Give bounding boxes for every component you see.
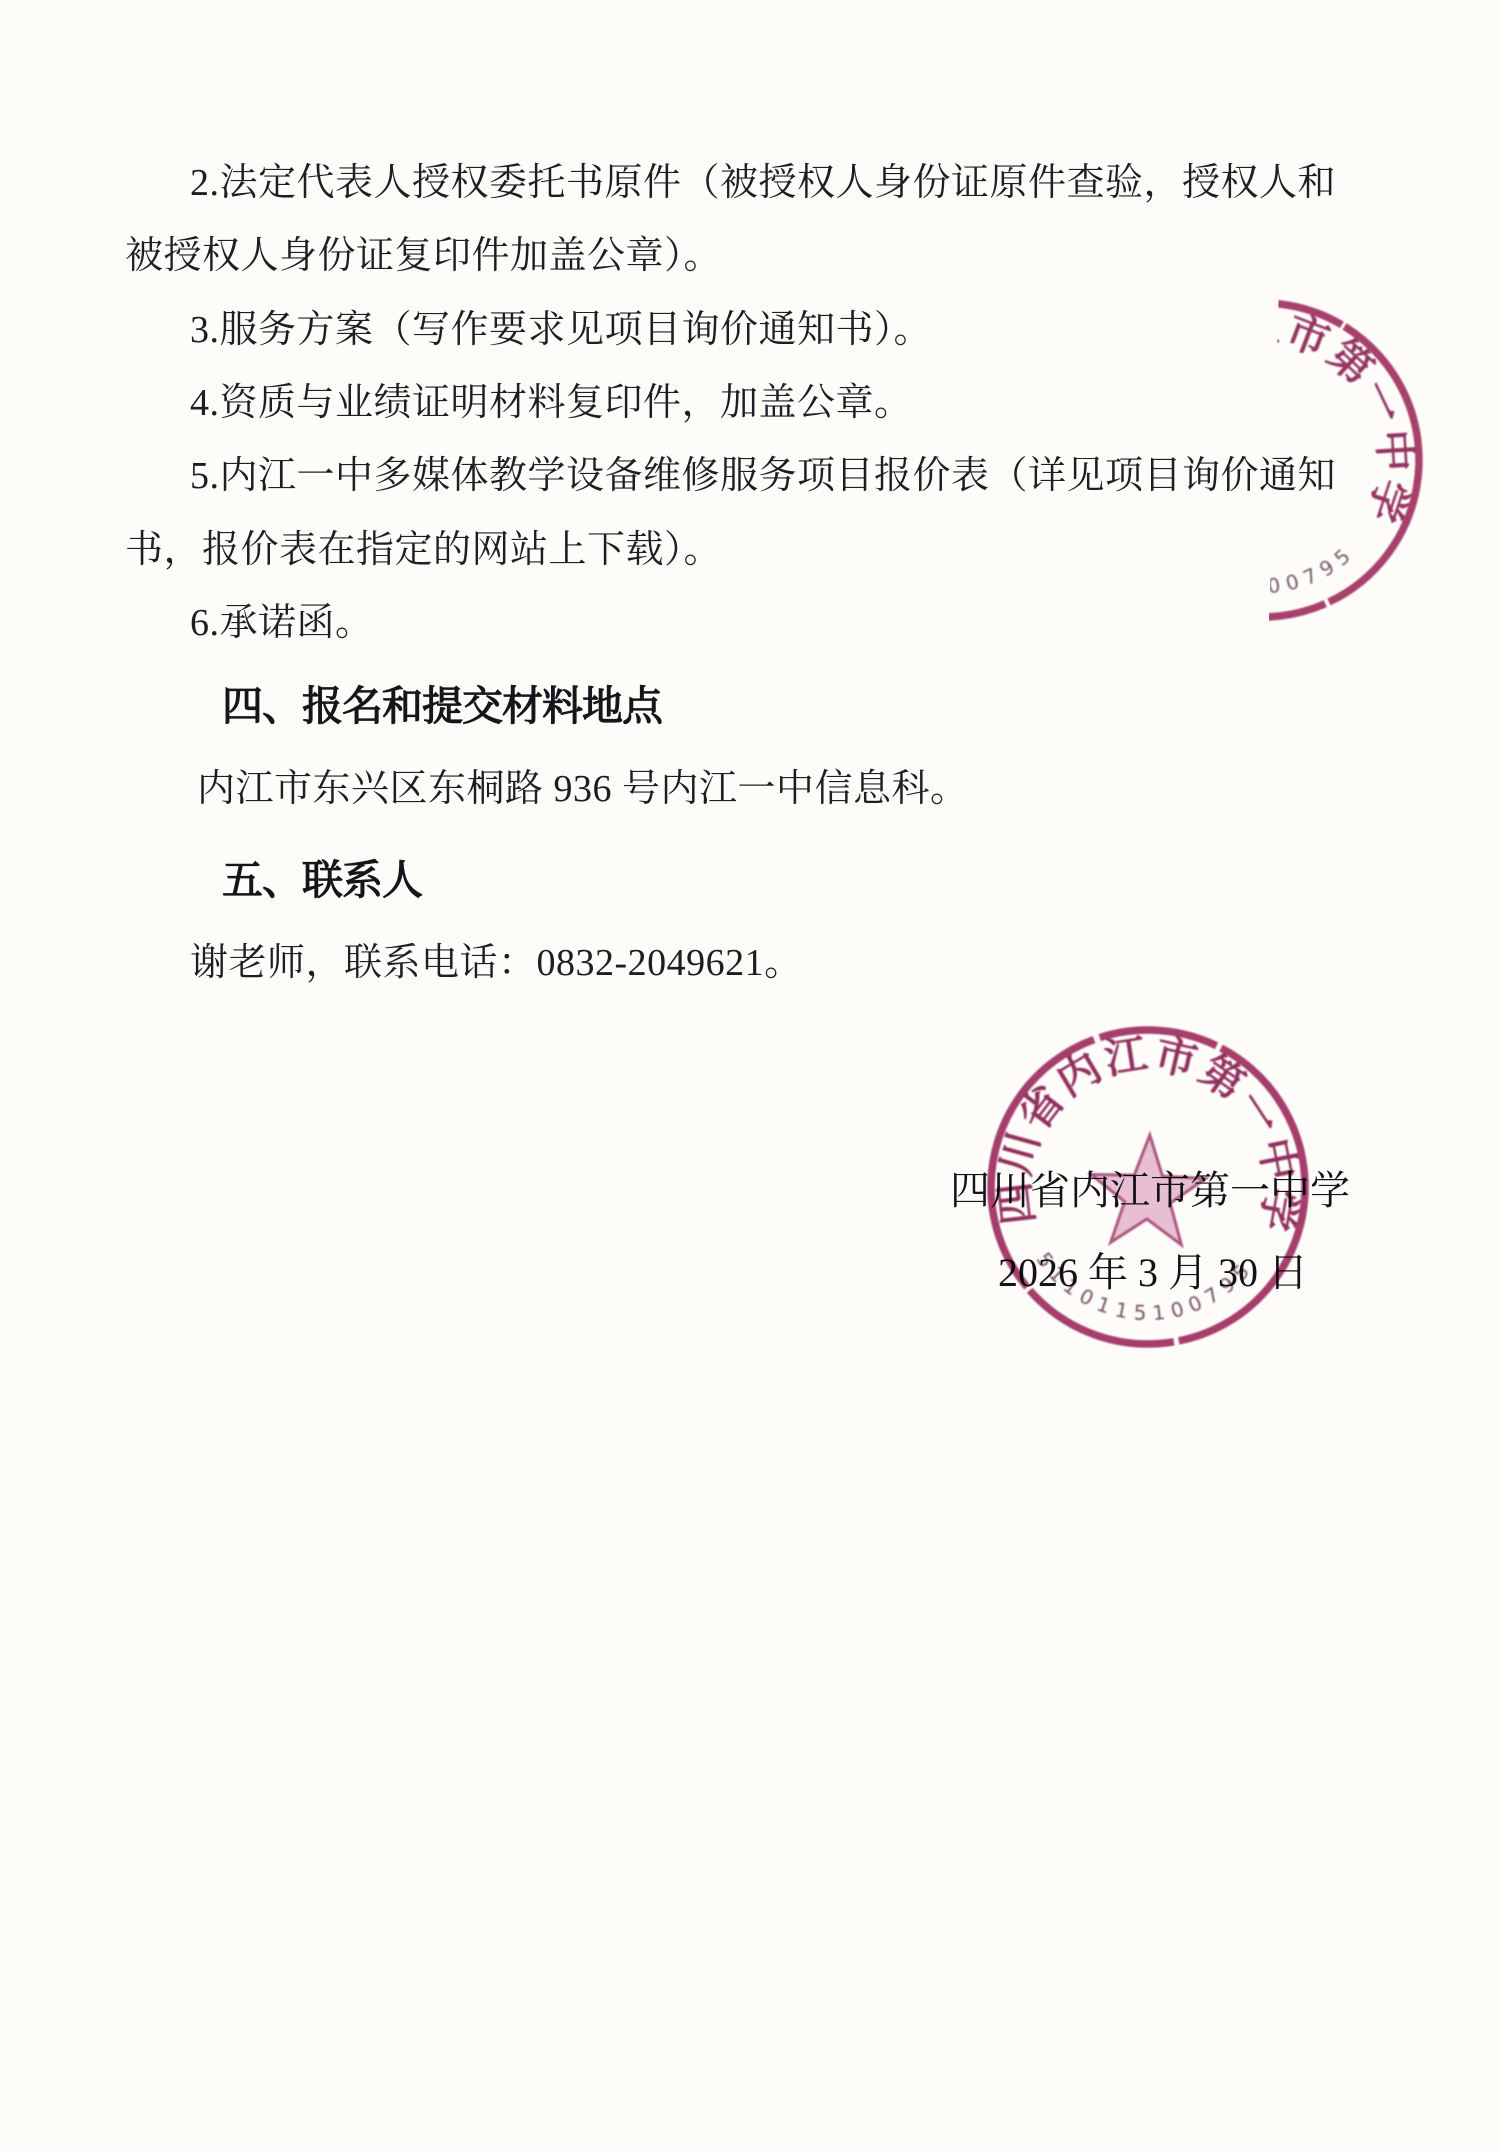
list-item-3: 3.服务方案（写作要求见项目询价通知书）。 [190, 309, 932, 353]
signature-org-name: 四川省内江市第一中学 [950, 1168, 1350, 1214]
list-item-6: 6.承诺函。 [190, 602, 374, 646]
list-item-5-line-1: 5.内江一中多媒体教学设备维修服务项目报价表（详见项目询价通知 [190, 455, 1336, 499]
list-item-5-line-2: 书，报价表在指定的网站上下载）。 [125, 529, 722, 573]
signature-date: 2026 年 3 月 30 日 [998, 1250, 1308, 1296]
section-four-body: 内江市东兴区东桐路 936 号内江一中信息科。 [197, 768, 969, 812]
section-five-heading: 五、联系人 [222, 857, 422, 904]
section-five-body: 谢老师，联系电话：0832-2049621。 [190, 942, 803, 986]
seal-serial-number: 5110115100795 [1126, 503, 1362, 615]
list-item-4: 4.资质与业绩证明材料复印件，加盖公章。 [190, 382, 913, 426]
list-item-2-line-2: 被授权人身份证复印件加盖公章）。 [125, 235, 722, 279]
list-item-2-line-1: 2.法定代表人授权委托书原件（被授权人身份证原件查验，授权人和 [190, 162, 1336, 206]
scanned-document-page: 2.法定代表人授权委托书原件（被授权人身份证原件查验，授权人和 被授权人身份证复… [0, 0, 1499, 2152]
section-four-heading: 四、报名和提交材料地点 [222, 683, 662, 730]
